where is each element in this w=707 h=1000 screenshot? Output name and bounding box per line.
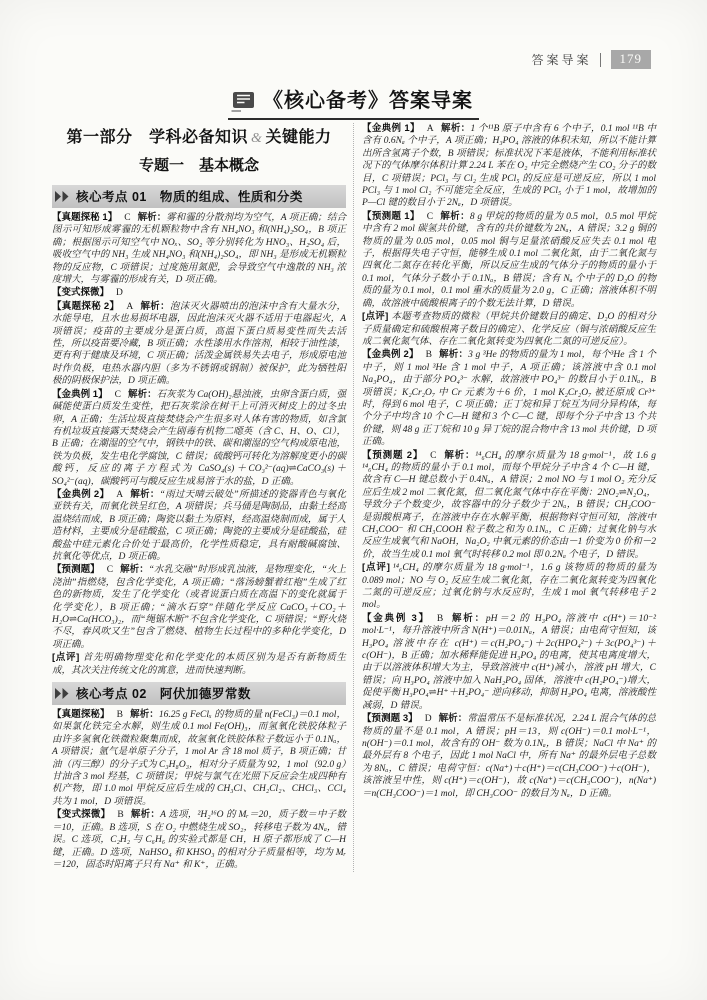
entry-tag: 【真题探秘】 (52, 709, 110, 720)
entry-answer: D (425, 714, 432, 724)
entry-jiexi: 解析： (140, 301, 170, 312)
entry-body: 1 个¹¹B 原子中含有 6 个中子，0.1 mol ¹¹B 中含有 0.6Nₐ… (362, 124, 656, 208)
entry-body: 雾和霾的分散剂均为空气，A 项正确；结合图示可知形成雾霾的无机颗粒物中含有 NH… (52, 213, 346, 285)
entry-body: 泡沫灭火器喷出的泡沫中含有大量水分，水能导电，且水也易损坏电器，因此泡沫灭火器不… (52, 302, 346, 386)
book-icon (230, 91, 256, 113)
entry-body: 8 g 甲烷的物质的量为 0.5 mol，0.5 mol 甲烷中含有 2 mol… (362, 212, 656, 309)
answer-entry: 【真题探秘 1】C解析：雾和霾的分散剂均为空气，A 项正确；结合图示可知形成雾霾… (52, 212, 346, 286)
page-title: 《核心备考》答案导案 (263, 84, 473, 113)
entry-body: ¹⁴₆CH₄ 的摩尔质量为 18 g·mol⁻¹，1.6 g 该物质的物质的量为… (362, 563, 656, 610)
answer-entry: 【预测题 2】C解析：¹⁴₆CH₄ 的摩尔质量为 18 g·mol⁻¹，故 1.… (362, 450, 656, 562)
entry-answer: B (117, 710, 123, 720)
entry-tag: 【金典例 2】 (52, 489, 109, 500)
entry-tag: [点评] (362, 311, 388, 322)
entry-answer: B (437, 614, 443, 624)
answer-entry: 【变式探微】D (52, 287, 346, 299)
entry-answer: C (124, 213, 130, 223)
entry-body: “水乳交融”时形成乳浊液，是物理变化，“火上浇油”指燃烧，包含化学变化，A 项正… (52, 565, 346, 649)
entry-answer: C (430, 451, 436, 461)
entry-tag: [点评] (52, 652, 79, 663)
entry-jiexi: 解析： (439, 349, 468, 360)
entry-body: “雨过天晴云破处”所描述的瓷器青色与氧化亚铁有关，而氧化铁呈红色，A 项错误；兵… (52, 490, 346, 562)
entry-answer: D (116, 288, 123, 298)
entry-body: 首先明确物理变化和化学变化的本质区别为是否有新物质生成，其次关注传统文化的寓意，… (52, 653, 346, 675)
entry-tag: 【变式探微】 (52, 809, 110, 820)
comment-entry: [点评]本题考查物质的微粒（甲烷共价键数目的确定、D₂O 的相对分子质量确定和硫… (362, 311, 656, 348)
topic-heading: 专题一 基本概念 (52, 154, 346, 175)
answer-entry: 【预测题 1】C解析：8 g 甲烷的物质的量为 0.5 mol，0.5 mol … (362, 211, 656, 310)
entry-jiexi: 解析： (441, 123, 471, 134)
entry-tag: 【真题探秘 1】 (52, 212, 117, 223)
page-number-badge: 179 (611, 50, 652, 69)
answer-entry: 【真题探秘】B解析：16.25 g FeClₓ 的物质的量 n(FeCl₃)＝0… (52, 709, 346, 808)
entry-tag: 【预测题 3】 (362, 713, 418, 724)
answer-entry: 【真题探秘 2】A解析：泡沫灭火器喷出的泡沫中含有大量水分，水能导电，且水也易损… (52, 301, 346, 388)
entry-jiexi: 解析： (138, 212, 167, 223)
answer-entry: 【金典例 1】A解析：1 个¹¹B 原子中含有 6 个中子，0.1 mol ¹¹… (362, 123, 656, 210)
entry-answer: B (426, 350, 432, 360)
answer-entry: 【金典例 3】B解析：pH＝2 的 H₃PO₄ 溶液中 c(H⁺)＝10⁻² m… (362, 613, 656, 712)
entry-jiexi: 解析： (440, 211, 470, 222)
entry-jiexi: 解析： (130, 489, 160, 500)
part-heading: 第一部分 学科必备知识&关键能力 (52, 124, 346, 147)
two-column-layout: 第一部分 学科必备知识&关键能力 专题一 基本概念 核心考点 01 物质的组成、… (52, 123, 656, 872)
entry-body: 常温常压不是标准状况，2.24 L 混合气体的总物质的量不是 0.1 mol，A… (362, 714, 656, 798)
comment-entry: [点评]¹⁴₆CH₄ 的摩尔质量为 18 g·mol⁻¹，1.6 g 该物质的物… (362, 562, 656, 612)
column-left: 第一部分 学科必备知识&关键能力 专题一 基本概念 核心考点 01 物质的组成、… (52, 123, 353, 872)
entry-tag: 【金典例 1】 (362, 123, 420, 134)
section-label: 核心考点 01 物质的组成、性质和分类 (76, 187, 303, 205)
entry-answer: C (427, 212, 433, 222)
doc-title: 《核心备考》答案导案 (0, 84, 707, 120)
answer-entry: 【变式探微】B解析：A 选项，²H₂¹⁶O 的 Mᵣ＝20，质子数＝中子数＝10… (52, 809, 346, 871)
entry-answer: A (126, 302, 133, 312)
entry-tag: 【金典例 1】 (52, 389, 108, 400)
part-heading-post: 关键能力 (265, 129, 331, 146)
entry-tag: 【变式探微】 (52, 287, 109, 298)
entry-body: pH＝2 的 H₃PO₄ 溶液中 c(H⁺)＝10⁻² mol·L⁻¹，每升溶液… (362, 614, 656, 711)
column-right: 【金典例 1】A解析：1 个¹¹B 原子中含有 6 个中子，0.1 mol ¹¹… (353, 123, 656, 872)
entry-tag: [点评] (362, 562, 390, 573)
entry-jiexi: 解析： (444, 450, 476, 461)
running-head-title: 答案导案 (531, 51, 591, 68)
entry-body: 石灰浆为 Ca(OH)₂悬浊液，虫卵含蛋白质，强碱能使蛋白质发生变性，把石灰浆涂… (52, 390, 346, 487)
running-head: 答案导案 179 (531, 50, 651, 69)
entry-jiexi: 解析： (130, 709, 159, 720)
entry-answer: C (115, 390, 121, 400)
entry-tag: 【预测题】 (52, 564, 100, 575)
document-page: 答案导案 179 《核心备考》答案导案 第一部分 学科必备知识&关键能力 专题一… (0, 0, 707, 1000)
double-chevron-icon (55, 191, 70, 202)
entry-body: 3 g ³He 的物质的量为 1 mol，每个³He 含 1 个中子，则 1 m… (362, 350, 656, 447)
entry-jiexi: 解析： (120, 564, 149, 575)
answer-entry: 【金典例 2】B解析：3 g ³He 的物质的量为 1 mol，每个³He 含 … (362, 349, 656, 448)
entry-tag: 【预测题 1】 (362, 211, 420, 222)
entry-jiexi: 解析： (128, 389, 157, 400)
entry-tag: 【预测题 2】 (362, 450, 423, 461)
answer-entry: 【预测题】C解析：“水乳交融”时形成乳浊液，是物理变化，“火上浇油”指燃烧，包含… (52, 564, 346, 651)
entry-body: 16.25 g FeClₓ 的物质的量 n(FeCl₃)＝0.1 mol，如果氯… (52, 710, 346, 807)
part-heading-pre: 第一部分 学科必备知识 (67, 129, 249, 146)
answer-entry: 【预测题 3】D解析：常温常压不是标准状况，2.24 L 混合气体的总物质的量不… (362, 713, 656, 800)
answer-entry: 【金典例 2】A解析：“雨过天晴云破处”所描述的瓷器青色与氧化亚铁有关，而氧化铁… (52, 489, 346, 563)
entry-body: 本题考查物质的微粒（甲烷共价键数目的确定、D₂O 的相对分子质量确定和硫酸根离子… (362, 312, 656, 347)
entry-jiexi: 解析： (131, 809, 160, 820)
entry-tag: 【真题探秘 2】 (52, 301, 119, 312)
entry-answer: C (107, 565, 113, 575)
comment-entry: [点评]首先明确物理变化和化学变化的本质区别为是否有新物质生成，其次关注传统文化… (52, 652, 346, 677)
section-bar-01: 核心考点 01 物质的组成、性质和分类 (52, 185, 346, 208)
double-chevron-icon (55, 688, 70, 699)
running-head-divider (600, 53, 601, 67)
section-label: 核心考点 02 阿伏加德罗常数 (76, 684, 251, 702)
entry-body: ¹⁴₆CH₄ 的摩尔质量为 18 g·mol⁻¹，故 1.6 g ¹⁴₆CH₄ … (362, 451, 656, 560)
entry-jiexi: 解析： (450, 613, 486, 624)
entry-tag: 【金典例 3】 (362, 613, 430, 624)
section-bar-02: 核心考点 02 阿伏加德罗常数 (52, 682, 346, 705)
answer-entry: 【金典例 1】C解析：石灰浆为 Ca(OH)₂悬浊液，虫卵含蛋白质，强碱能使蛋白… (52, 389, 346, 488)
ampersand-ornament: & (248, 131, 265, 146)
entry-answer: B (117, 810, 123, 820)
entry-jiexi: 解析： (439, 713, 468, 724)
entry-tag: 【金典例 2】 (362, 349, 419, 360)
entry-answer: A (116, 490, 123, 500)
entry-answer: A (427, 124, 434, 134)
